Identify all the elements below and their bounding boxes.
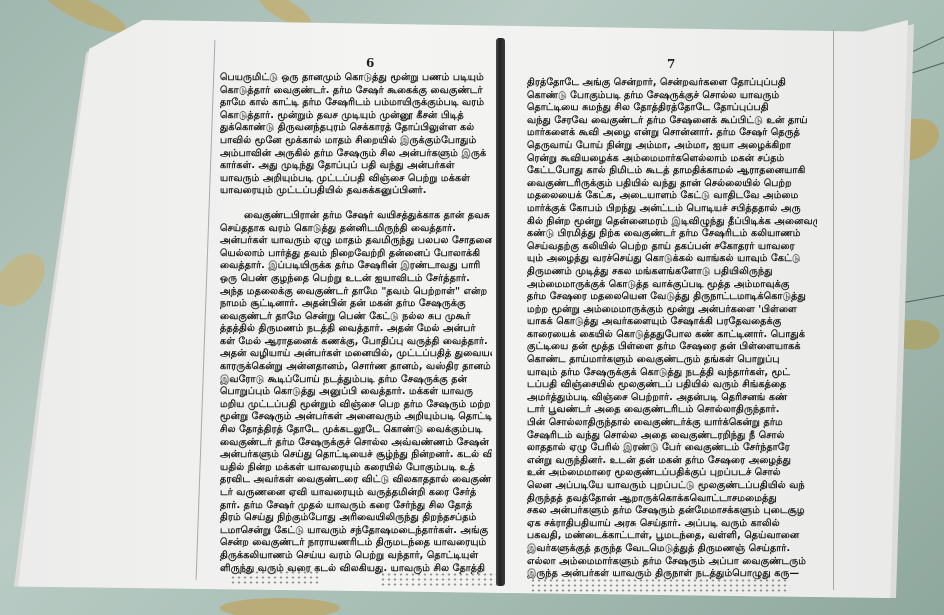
text-line: சகல அன்பர்களும் தர்ம சேஷரும் தன்மேமாசக்க… (527, 505, 817, 518)
page-number-right: 7 (667, 57, 675, 71)
text-line: அதன் வழியாய் அன்பர்கள் மனையில், முட்டப்ப… (220, 348, 492, 361)
text-line: அந்த மதலைக்கு வைகுண்டர் தாமே "தவம் பெற்ற… (220, 286, 492, 299)
text-line: துக்கொண்டு திருவனந்தபுரம் செக்காரத் தோப்… (220, 122, 492, 135)
text-line: த்தத்தில் திருமணம் நடத்தி வைத்தார். அதன்… (220, 323, 492, 336)
text-line: பொறுப்பும் கொடுத்து அனுப்பி வைத்தார். மக… (220, 386, 492, 399)
text-line: இவரோடு கூடிப்போய் நடத்தும்படி தர்ம சேஷரு… (220, 374, 492, 387)
text-line: யதில் நின்ற மக்கள் யாவரையும் கரையில் போக… (220, 462, 492, 475)
text-line: தெருவாய் போய் நின்று அம்மா, அம்மா, ஐயா அ… (527, 140, 817, 153)
text-line: தார். தர்ம சேஷர் முதல் யாவரும் கரை சேர்ந… (220, 500, 492, 513)
right-margin-line (833, 30, 834, 590)
text-line: வைகுண்டபிரான் தர்ம சேஷர் வயிசத்துக்காக த… (220, 210, 492, 223)
text-line: கேட்டபோது கால் நிமிடம் கூடத் தாமதிக்காமல… (527, 165, 817, 178)
text-line: சில தோத்திரத் தோடே முக்கடலூடே கொண்டு வைக… (220, 424, 492, 437)
text-line: லாததால் ஏழு பேரில் இரண்டு பேர் வைகுண்டம்… (527, 442, 817, 455)
text-line: கார்கள். அது முடிந்து தோப்புப் பதி வந்து… (220, 160, 492, 173)
text-line: சென்ற வைகுண்டர் நாராயணரிடம் திருமடந்தை ய… (220, 537, 492, 550)
text-line: உன் அம்மைமாரை மூலகுண்டப்பதிக்குப் புறப்ப… (527, 467, 817, 480)
text-line: குட்டியை தன் மூத்த பிள்ளை தர்ம சேஷரை தன்… (527, 341, 817, 354)
text-line: யெல்லாம் பார்த்து தவம் நிறைவேற்றி தன்னைப… (220, 248, 492, 261)
text-line: வைத்தார். இப்படியிருக்க தர்ம சேஷரின் இரண… (220, 260, 492, 273)
text-line: மற்ற மூன்று அம்மைமாருக்கும் மூன்று அன்பர… (527, 304, 817, 317)
binding-spine-shadow (496, 38, 505, 586)
text-line: மறிய முட்டப்பதி மூன்றும் விஞ்சை பெற தர்ம… (220, 399, 492, 412)
text-line: மதலையைக் கேட்க, அடையாளம் கேட்டு வாதிடவே … (527, 190, 817, 203)
text-line: யாவரையும் முட்டப்பதியில் தவசுக்கனுப்பினர… (220, 185, 492, 198)
text-line: வைகுண்டரிருக்கும் பதியில் வந்து தான் செல… (527, 178, 817, 191)
text-line: டமாசென்று கேட்டு யாவரும் சந்தோஷமடைந்தார்… (220, 525, 492, 538)
text-line: யாகக் கொடுத்து அவர்களையும் சேஷாக்கி பரதே… (527, 316, 817, 329)
text-line: அம்மைமாருக்குக் கொடுத்த வாக்குப்படி மூத்… (527, 279, 817, 292)
text-line: நாமம் சூட்டினார். அதன்பின் தன் மகன் தர்ம… (220, 298, 492, 311)
text-line: செய்வதற்கு கலியில் பெற்ற தாய் தகப்பன் சக… (527, 241, 817, 254)
text-line: வந்து சேரவே வைகுண்டர் தர்ம சேஷனைக் கூப்ப… (527, 115, 817, 128)
text-line: காரருக்கென்று அன்னதானம், சொர்ண தானம், வஸ… (220, 361, 492, 374)
text-line: அன்பர்கள் யாவரும் ஏழு மாதம் தவமிருந்து ப… (220, 235, 492, 248)
text-line: தொட்டியை சுமந்து சில தோத்திரத்தோடே தோப்ப… (527, 102, 817, 115)
text-line: தரவிட அவர்கள் வைகுண்டரை விட்டு விலகாததால… (220, 474, 492, 487)
text-line: யாவும் தர்ம சேஷருக்குக் கொடுத்து நடத்தி … (527, 367, 817, 380)
text-line: கள் மேல் ஆராதனைக் கணக்கு, போதிப்பு வருத்… (220, 336, 492, 349)
text-line: மார்க்குக் கோபம் பிறந்து அன்ட்டம் பொடியச… (527, 203, 817, 216)
text-line: கொண்டு போகும்படி தர்ம சேஷருக்குச் சொல்ல … (527, 90, 817, 103)
text-line: மார்களைக் கூவி அழை என்று சொன்னார். தர்ம … (527, 127, 817, 140)
text-line: தர்ம சேஷரை மதலையென வேடுத்து திருநாட்டமாட… (527, 291, 817, 304)
text-line: டர் வருணனை ஏவி யாவரையும் வருத்தமின்றி கர… (220, 487, 492, 500)
photocopy-smudge (230, 570, 320, 584)
text-line: மூன்று சேஷரும் அன்பர்கள் அனைவரும் அறியும… (220, 411, 492, 424)
text-line: காரையைக் கையில் கொடுத்ததுபோல கண் காட்டின… (527, 329, 817, 342)
photocopy-smudge (530, 578, 790, 592)
text-line: சேஷரிடம் வந்து சொல்ல அதை வைகுண்டரறிந்து … (527, 430, 817, 443)
text-line: லென அப்படியே யாவரும் புறப்பட்டு மூலகுண்ட… (527, 480, 817, 493)
text-line: கொடுத்தார். மூன்றும் தவச முடியும் முன்னூ… (220, 110, 492, 123)
background-stain (0, 244, 55, 316)
text-line: பெயருமிட்டு ஒரு தானமும் கொடுத்து மூன்று … (220, 72, 492, 85)
text-line: அமர்த்தும்படி விஞ்சை பெற்றார். அதன்படி த… (527, 392, 817, 405)
page-number-left: 6 (366, 56, 374, 70)
photocopy-smudge (380, 572, 500, 586)
text-line: ஒரு பெண் குழந்தை பெற்று உடன் ஐயாவிடம் சே… (220, 273, 492, 286)
text-line: எல்லா அம்மைமார்களும் தர்ம சேஷரும் அப்பா … (527, 556, 817, 569)
background-stain (220, 598, 340, 615)
text-line: யும் அழைத்து வரச்செய்து கொடுக்கல் வாங்கல… (527, 253, 817, 266)
text-line: கொடுத்தார் வைகுண்டர். தர்ம சேஷர் கூகைக்க… (220, 85, 492, 98)
text-line: பின் சொல்லாதிருந்தால் வைகுண்டர்க்கு யார்… (527, 417, 817, 430)
text-line: டார் பூவண்டர் அதை வைகுண்டரிடம் சொல்லாதிர… (527, 404, 817, 417)
text-line: கண்டு பிரமித்து நிற்க வைகுண்டர் தர்ம சேஷ… (527, 228, 817, 241)
text-line: தாமே கால் காட்டி தர்ம சேஷரிடம் பம்மாயிரு… (220, 97, 492, 110)
text-line: என்று வருந்தினர். உடன் தன் மகன் தர்ம சேஷ… (527, 455, 817, 468)
text-line: திருக்கலியாணம் செய்ய வரம் பெற்று வந்தார்… (220, 550, 492, 563)
text-line: டப்பதி விஞ்சையில் மூலகுண்டப் பதியில் வரு… (527, 379, 817, 392)
text-line: அன்பர்களும் செய்து தொட்டியைச் சூழ்ந்து ந… (220, 449, 492, 462)
text-line: கில் நின்ற மூன்று தென்னைமரம் இடிவிழுந்து… (527, 216, 817, 229)
text-line: அம்பாவின் அருகில் தர்ம சேஷரும் சில அன்பர… (220, 148, 492, 161)
text-line: திருமணம் முடித்து சகல மங்களங்களோடு பதியி… (527, 266, 817, 279)
paragraph-gap (220, 198, 492, 210)
text-line: திருந்தத் தவத்தோன் ஆறாருக்கொக்கவொட்டாசமம… (527, 493, 817, 506)
text-line: ஏக சக்ராதிபதியாய் அரசு செய்தார். அப்படி … (527, 518, 817, 531)
text-line: பகவதி, மண்டைக்காட்டாள், பூமடந்தை, வள்ளி,… (527, 530, 817, 543)
right-page-text: திரத்தோடே அங்கு சென்றார், சென்றவர்களை தோ… (527, 77, 817, 581)
text-line: திரம் செய்து நிற்கும்போது அரிவையிலிருந்த… (220, 512, 492, 525)
text-line: செய்ததாக வரம் கொடுத்து தன்னிடமிருந்தி வை… (220, 223, 492, 236)
text-line: கொண்ட தாய்மார்களும் வைகுண்டரும் தங்கள் ப… (527, 354, 817, 367)
text-line: இவர்களுக்குத் தருந்த வேடமெடுத்துத் திரும… (527, 543, 817, 556)
text-line: திரத்தோடே அங்கு சென்றார், சென்றவர்களை தோ… (527, 77, 817, 90)
text-line: யாவரும் அறியும்படி முட்டப்பதி விஞ்சை பெற… (220, 173, 492, 186)
text-line: வைகுண்டர் தர்ம சேஷருக்குச் சொல்ல அவ்வண்ண… (220, 437, 492, 450)
text-line: ரென்று கூவியழைக்க அம்மைமார்களெல்லாம் மகன… (527, 153, 817, 166)
text-line: வைகுண்டர் தாமே சென்று பெண் கேட்டு நல்ல ச… (220, 311, 492, 324)
left-page-text: பெயருமிட்டு ஒரு தானமும் கொடுத்து மூன்று … (220, 72, 492, 575)
text-line: பாவில் மூனே மூக்கால் மாதம் சிறையில் இருக… (220, 135, 492, 148)
